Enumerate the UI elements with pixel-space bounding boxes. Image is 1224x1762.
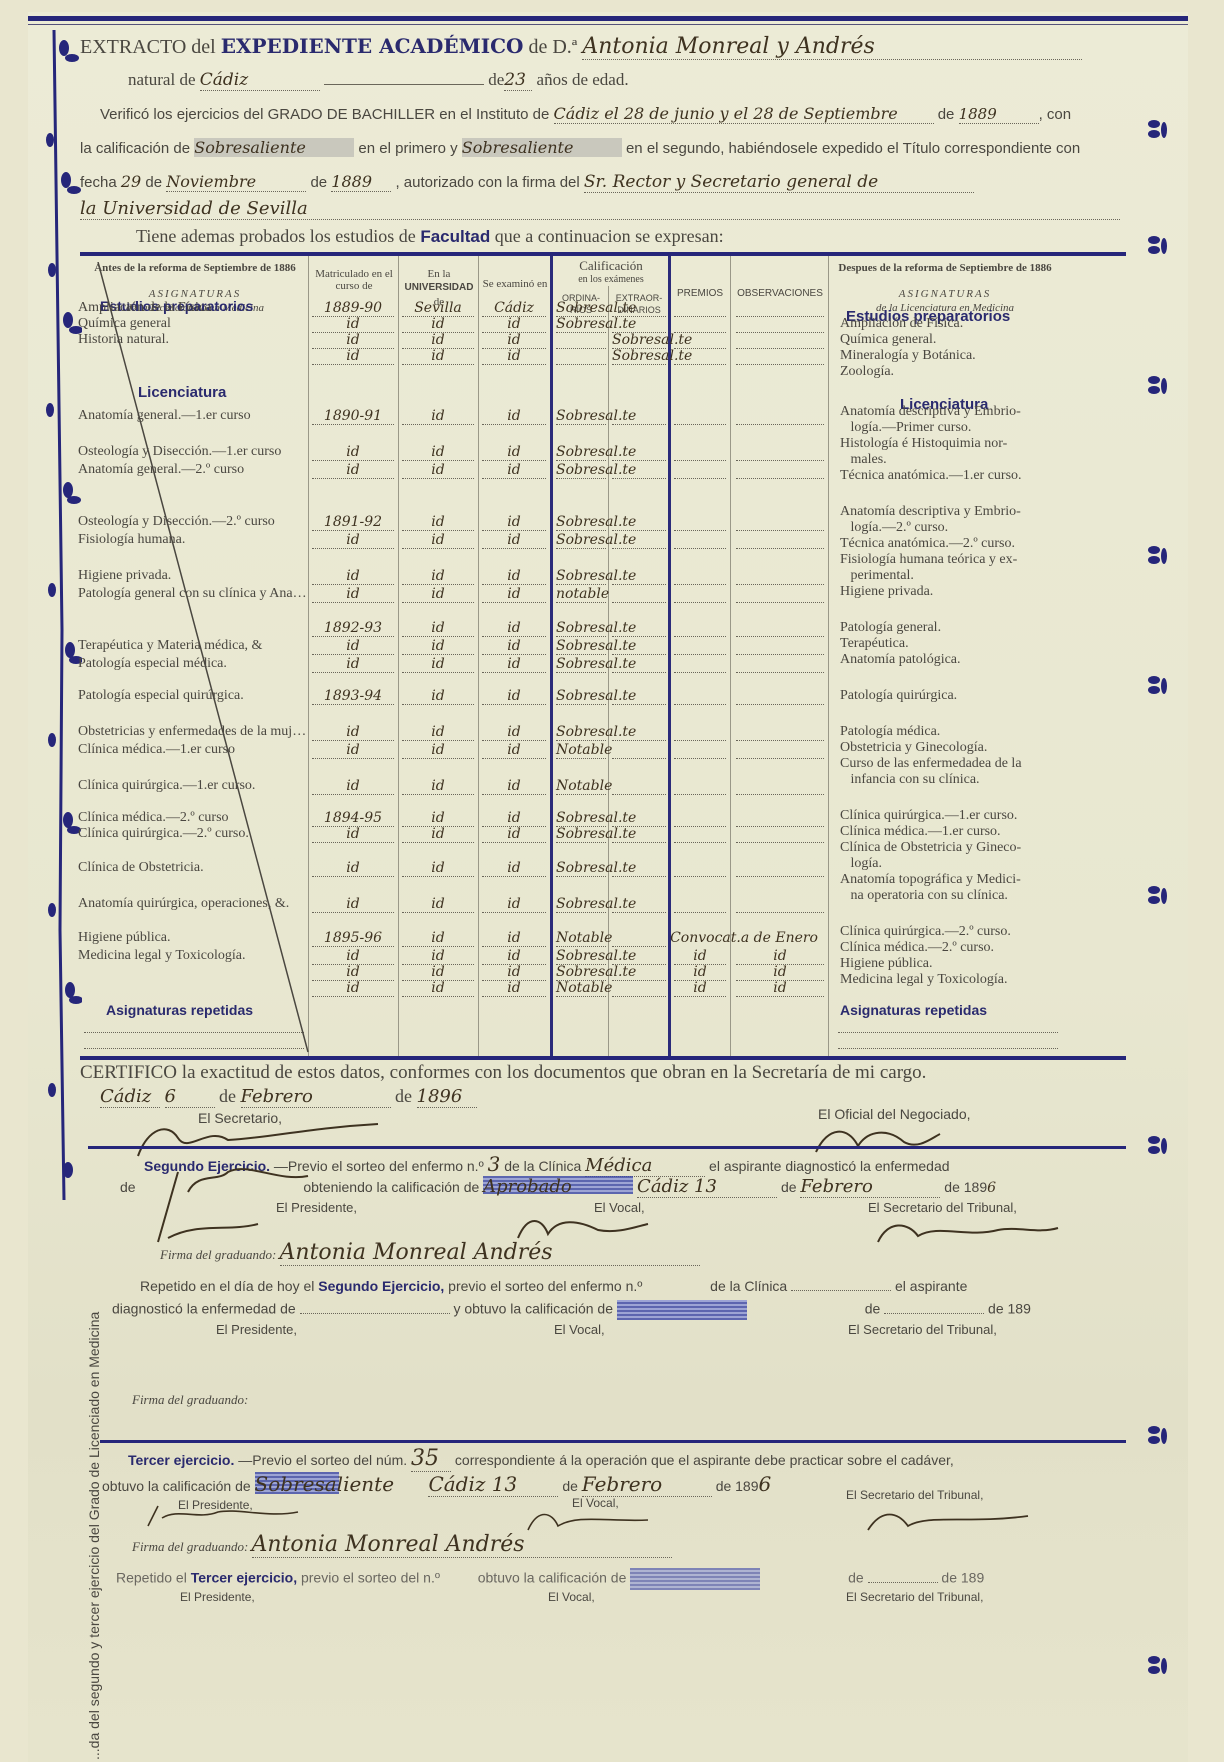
- fecha-month: Noviembre: [166, 172, 306, 192]
- cell-universidad: id: [402, 444, 474, 461]
- segundo-calificacion-wrap: Aprobado: [483, 1176, 633, 1197]
- stamp-mark: [617, 1300, 747, 1320]
- cell-observaciones: [736, 860, 824, 877]
- subject-right: infancia con su clínica.: [840, 772, 980, 788]
- cell-universidad: id: [402, 810, 474, 827]
- subject-right: Curso de las enfermedadea de la: [840, 756, 1022, 772]
- header-observaciones: OBSERVACIONES: [732, 288, 828, 300]
- cell-universidad: id: [402, 778, 474, 795]
- subject-right: logía.—Primer curso.: [840, 420, 971, 436]
- autorizado-by-2: la Universidad de Sevilla: [80, 198, 1120, 220]
- cell-examino: id: [482, 826, 546, 843]
- subject-right: na operatoria con su clínica.: [840, 888, 1008, 904]
- cell-ordinario: [556, 348, 606, 365]
- fecha-label: fecha: [80, 174, 117, 191]
- top-rule-thin: [28, 24, 1188, 25]
- cell-observaciones: [736, 724, 824, 741]
- autorizado-label: , autorizado con la firma del: [395, 174, 579, 191]
- segundo-year-label: de 189: [944, 1179, 987, 1195]
- blank-line: [838, 1032, 1058, 1033]
- blank-line: [838, 1048, 1058, 1049]
- segundo-rep-vocal: El Vocal,: [554, 1322, 605, 1337]
- tercero-calificacion-wrap: Sobresaliente: [255, 1472, 425, 1496]
- cell-universidad: id: [402, 688, 474, 705]
- segundo-rep-line-1: Repetido en el día de hoy el Segundo Eje…: [140, 1278, 967, 1294]
- cell-examino: id: [482, 948, 546, 965]
- subject-right: Clínica quirúrgica.—1.er curso.: [840, 808, 1017, 824]
- cell-observaciones: [736, 514, 824, 531]
- tercero-rep-presidente: El Presidente,: [180, 1590, 255, 1604]
- cell-premios: id: [674, 980, 726, 997]
- subject-right: Higiene privada.: [840, 584, 933, 600]
- cell-universidad: id: [402, 332, 474, 349]
- tercero-calificacion: Sobresaliente: [255, 1472, 395, 1496]
- cert-month: Febrero: [241, 1086, 391, 1108]
- certificate-date: Cádiz 6 de Febrero de 1896: [100, 1086, 477, 1108]
- segundo-clinica: Médica: [585, 1155, 705, 1177]
- segundo-rep-secretario: El Secretario del Tribunal,: [848, 1322, 997, 1337]
- subject-right: males.: [840, 452, 887, 468]
- subject-right: Anatomía patológica.: [840, 652, 961, 668]
- subject-right: Técnica anatómica.—2.º curso.: [840, 536, 1015, 552]
- tercero-text-3: obtuvo la calificación de: [102, 1478, 251, 1494]
- cell-observaciones: [736, 688, 824, 705]
- subject-right: Higiene pública.: [840, 956, 933, 972]
- cell-premios: [674, 300, 726, 317]
- tercero-rep-text-3: obtuvo la calificación de: [478, 1570, 627, 1586]
- subject-right: Química general.: [840, 332, 936, 348]
- cell-examino: id: [482, 810, 546, 827]
- cell-extraordinario: [612, 742, 666, 759]
- cell-premios: [674, 532, 726, 549]
- cell-ordinario: Sobresal.te: [556, 462, 606, 479]
- top-rule: [28, 16, 1188, 21]
- header-universidad-1: En la: [400, 268, 478, 280]
- cell-premios: [674, 444, 726, 461]
- strike-line: [88, 262, 328, 1062]
- segundo-rep-text-1: Repetido en el día de hoy el: [140, 1278, 314, 1294]
- calificacion-label: la calificación de: [80, 140, 190, 157]
- calificacion-line: la calificación de Sobresaliente en el p…: [80, 138, 1080, 157]
- bachiller-con: , con: [1039, 106, 1072, 123]
- cell-observaciones: [736, 348, 824, 365]
- tercero-num: 35: [411, 1446, 451, 1472]
- segundo-de: de: [120, 1179, 136, 1195]
- cell-examino: Cádiz: [482, 300, 546, 317]
- segundo-label: en el segundo, habiéndosele expedido el …: [626, 140, 1080, 157]
- cell-extraordinario: [612, 724, 666, 741]
- tercero-line-2: obtuvo la calificación de Sobresaliente …: [102, 1472, 771, 1497]
- cell-premios: [674, 408, 726, 425]
- cell-premios: [674, 826, 726, 843]
- bachiller-place: Cádiz el 28 de junio y el 28 de Septiemb…: [554, 104, 934, 124]
- cell-ordinario: Sobresal.te: [556, 964, 606, 981]
- cell-extraordinario: [612, 964, 666, 981]
- cell-ordinario: Sobresal.te: [556, 656, 606, 673]
- tercero-year-label: de 189: [716, 1478, 759, 1494]
- subject-right: Técnica anatómica.—1.er curso.: [840, 468, 1022, 484]
- subject-right: Clínica de Obstetricia y Gineco-: [840, 840, 1021, 856]
- tercero-rep-de189: de 189: [941, 1570, 984, 1586]
- cell-examino: id: [482, 620, 546, 637]
- subject-right: Patología médica.: [840, 724, 940, 740]
- cell-premios: [674, 638, 726, 655]
- cell-universidad: Sevilla: [402, 300, 474, 317]
- tercero-rep-bold: Tercer ejercicio,: [191, 1570, 297, 1586]
- table-top-rule: [80, 252, 1126, 256]
- subject-right: Clínica médica.—1.er curso.: [840, 824, 1001, 840]
- cell-extraordinario: [612, 896, 666, 913]
- signature-tercero-secretario: [858, 1502, 1038, 1538]
- cell-examino: id: [482, 778, 546, 795]
- cell-observaciones: [736, 316, 824, 333]
- leaf-icon: [1146, 672, 1170, 698]
- cell-examino: id: [482, 742, 546, 759]
- cell-observaciones: [736, 620, 824, 637]
- cell-extraordinario: [612, 948, 666, 965]
- natural-line: natural de Cádiz de23 años de edad.: [128, 70, 629, 91]
- cell-premios: id: [674, 948, 726, 965]
- subject-right: Anatomía descriptiva y Embrio-: [840, 504, 1021, 520]
- cell-universidad: id: [402, 896, 474, 913]
- margin-vertical-text: ...da del segundo y tercer ejercicio del…: [86, 1312, 102, 1760]
- fecha-year: 1889: [331, 172, 391, 192]
- document-page: EXTRACTO del EXPEDIENTE ACADÉMICO de D.ª…: [28, 12, 1188, 1762]
- cell-examino: id: [482, 860, 546, 877]
- cell-examino: id: [482, 316, 546, 333]
- leaf-icon: [1146, 372, 1170, 398]
- natural-label: natural de: [128, 70, 196, 89]
- cell-ordinario: Sobresal.te: [556, 724, 606, 741]
- cell-extraordinario: [612, 688, 666, 705]
- cell-examino: id: [482, 514, 546, 531]
- cell-extraordinario: [612, 586, 666, 603]
- cell-ordinario: Sobresal.te: [556, 860, 606, 877]
- cell-observaciones: [736, 656, 824, 673]
- cell-examino: id: [482, 332, 546, 349]
- cell-ordinario: Sobresal.te: [556, 948, 606, 965]
- cell-premios: Convocat.a de Enero: [628, 930, 818, 946]
- cell-premios: [674, 316, 726, 333]
- cell-observaciones: [736, 332, 824, 349]
- cell-universidad: id: [402, 462, 474, 479]
- cell-extraordinario: [612, 620, 666, 637]
- header-despues: Despues de la reforma de Septiembre de 1…: [832, 262, 1058, 274]
- cell-ordinario: Sobresal.te: [556, 568, 606, 585]
- cell-examino: id: [482, 896, 546, 913]
- cell-examino: id: [482, 532, 546, 549]
- facultad-bold: Facultad: [420, 227, 490, 246]
- cell-observaciones: [736, 896, 824, 913]
- cell-examino: id: [482, 462, 546, 479]
- cell-premios: [674, 514, 726, 531]
- title-de: de D.ª: [528, 36, 577, 58]
- bachiller-prefix: Verificó los ejercicios del GRADO DE BAC…: [100, 106, 549, 123]
- cell-ordinario: Sobresal.te: [556, 514, 606, 531]
- col-divider-bold: [550, 256, 553, 1056]
- cell-observaciones: [736, 462, 824, 479]
- cell-premios: [674, 742, 726, 759]
- cell-premios: [674, 860, 726, 877]
- segundo-rep-presidente: El Presidente,: [216, 1322, 297, 1337]
- cell-observaciones: id: [736, 948, 824, 965]
- subject-right: Ampliación de Física.: [840, 316, 963, 332]
- cell-ordinario: Sobresal.te: [556, 810, 606, 827]
- subject-right: Patología quirúrgica.: [840, 688, 957, 704]
- grade-first: Sobresaliente: [194, 138, 354, 157]
- cell-ordinario: Notable: [556, 930, 606, 947]
- cell-universidad: id: [402, 930, 474, 947]
- subject-right: Histología é Histoquimia nor-: [840, 436, 1007, 452]
- cell-ordinario: Notable: [556, 778, 606, 795]
- subject-right: perimental.: [840, 568, 914, 584]
- cell-ordinario: Sobresal.te: [556, 638, 606, 655]
- leaf-icon: [1146, 1132, 1170, 1158]
- cert-de: de: [219, 1086, 236, 1106]
- cell-examino: id: [482, 444, 546, 461]
- tercero-secretario: El Secretario del Tribunal,: [846, 1488, 983, 1502]
- facultad-prefix: Tiene ademas probados los estudios de: [136, 226, 416, 246]
- cell-extraordinario: [612, 300, 666, 317]
- subject-right: Anatomía topográfica y Medici-: [840, 872, 1021, 888]
- col-divider: [398, 256, 399, 1056]
- segundo-rep-text-5: diagnosticó la enfermedad de: [112, 1301, 296, 1317]
- cell-premios: [674, 688, 726, 705]
- segundo-text-3: el aspirante diagnosticó la enfermedad: [709, 1158, 950, 1174]
- segundo-month: Febrero: [800, 1176, 940, 1198]
- cell-premios: [674, 810, 726, 827]
- subject-right: Obstetricia y Ginecología.: [840, 740, 987, 756]
- blank-line: [791, 1290, 891, 1291]
- subject-right: logía.: [840, 856, 882, 872]
- bachiller-line: Verificó los ejercicios del GRADO DE BAC…: [100, 104, 1071, 124]
- cell-ordinario: Sobresal.te: [556, 532, 606, 549]
- tercero-rep-text-2: previo el sorteo del n.º: [301, 1570, 440, 1586]
- grade-second: Sobresaliente: [462, 138, 622, 157]
- subject-right: Terapéutica.: [840, 636, 909, 652]
- cell-observaciones: [736, 778, 824, 795]
- blank-line: [884, 1313, 984, 1314]
- cell-universidad: id: [402, 316, 474, 333]
- header-en-los-examenes: en los exámenes: [554, 274, 668, 286]
- cell-extraordinario: [612, 532, 666, 549]
- tercero-month: Febrero: [582, 1472, 712, 1497]
- cell-observaciones: [736, 826, 824, 843]
- header-examino: Se examinó en: [480, 278, 550, 290]
- facultad-suffix: que a continuacion se expresan:: [495, 226, 724, 246]
- header-calificacion: Calificación: [554, 260, 668, 272]
- cell-observaciones: [736, 638, 824, 655]
- subject-right: Zoología.: [840, 364, 894, 380]
- age: 23: [504, 70, 532, 91]
- signature-tercero-presidente: [138, 1498, 318, 1534]
- cell-examino: id: [482, 656, 546, 673]
- cell-observaciones: [736, 300, 824, 317]
- cell-universidad: id: [402, 948, 474, 965]
- segundo-rep-text-3: de la Clínica: [710, 1278, 787, 1294]
- subject-right: Clínica médica.—2.º curso.: [840, 940, 994, 956]
- certifico: CERTIFICO: [80, 1062, 177, 1083]
- cell-observaciones: id: [736, 980, 824, 997]
- title-prefix: EXTRACTO del: [80, 36, 216, 58]
- cell-premios: [674, 778, 726, 795]
- tercero-rep-line: Repetido el Tercer ejercicio, previo el …: [116, 1568, 984, 1590]
- segundo-rep-line-2: diagnosticó la enfermedad de y obtuvo la…: [112, 1300, 1031, 1320]
- cell-ordinario: notable: [556, 586, 606, 603]
- age-suffix: años de edad.: [537, 70, 629, 89]
- cell-premios: id: [674, 964, 726, 981]
- cell-observaciones: [736, 586, 824, 603]
- signature-secretario-tribunal: [868, 1212, 1068, 1252]
- tercero-firma-line: Firma del graduando: Antonia Monreal And…: [132, 1532, 672, 1558]
- tercero-rep-secretario: El Secretario del Tribunal,: [846, 1590, 983, 1604]
- cell-ordinario: Sobresal.te: [556, 688, 606, 705]
- cell-extraordinario: Sobresal.te: [612, 332, 666, 349]
- cell-examino: id: [482, 980, 546, 997]
- segundo-firma-label: Firma del graduando:: [160, 1247, 276, 1262]
- cell-examino: id: [482, 348, 546, 365]
- facultad-line: Tiene ademas probados los estudios de Fa…: [136, 226, 724, 247]
- segundo-rule: [88, 1146, 1126, 1149]
- cell-premios: [674, 586, 726, 603]
- cell-extraordinario: [612, 810, 666, 827]
- blank-line: [324, 84, 484, 85]
- tercero-place-date: Cádiz 13: [428, 1472, 558, 1497]
- cell-extraordinario: [612, 444, 666, 461]
- segundo-rep-text-6: y obtuvo la calificación de: [453, 1301, 613, 1317]
- cell-universidad: id: [402, 408, 474, 425]
- cell-extraordinario: [612, 656, 666, 673]
- certificate-line: CERTIFICO la exactitud de estos datos, c…: [80, 1062, 926, 1084]
- cert-place: Cádiz: [100, 1086, 160, 1108]
- cell-universidad: id: [402, 656, 474, 673]
- cell-extraordinario: [612, 408, 666, 425]
- student-name: Antonia Monreal y Andrés: [582, 34, 1082, 60]
- cell-ordinario: [556, 332, 606, 349]
- leaf-icon: [1146, 882, 1170, 908]
- segundo-text-2: de la Clínica: [504, 1158, 581, 1174]
- cert-day: 6: [165, 1086, 215, 1108]
- cell-universidad: id: [402, 586, 474, 603]
- birthplace: Cádiz: [200, 70, 320, 91]
- cell-premios: [674, 724, 726, 741]
- cert-year-label: de: [395, 1086, 412, 1106]
- segundo-place-date: Cádiz 13: [637, 1176, 777, 1198]
- primero-label: en el primero y: [358, 140, 457, 157]
- segundo-calificacion: Aprobado: [483, 1176, 572, 1197]
- cell-premios: [674, 620, 726, 637]
- cell-observaciones: [736, 568, 824, 585]
- cell-ordinario: Sobresal.te: [556, 896, 606, 913]
- subject-right: Medicina legal y Toxicología.: [840, 972, 1008, 988]
- certificate-text: la exactitud de estos datos, conformes c…: [182, 1062, 927, 1083]
- tercero-rule: [100, 1440, 1126, 1443]
- cell-premios: [674, 656, 726, 673]
- leaf-icon: [1146, 542, 1170, 568]
- cell-extraordinario: [612, 980, 666, 997]
- col-divider: [828, 256, 829, 1056]
- leaf-icon: [1146, 232, 1170, 258]
- cell-universidad: id: [402, 532, 474, 549]
- subject-right: Anatomía descriptiva y Embrio-: [840, 404, 1021, 420]
- header-asignaturas-right: ASIGNATURAS: [832, 288, 1058, 300]
- cell-universidad: id: [402, 826, 474, 843]
- cell-extraordinario: Sobresal.te: [612, 348, 666, 365]
- cell-ordinario: Sobresal.te: [556, 408, 606, 425]
- segundo-year-digit: 6: [987, 1180, 996, 1196]
- blank-line: [868, 1582, 938, 1583]
- cert-year: 1896: [417, 1086, 477, 1108]
- cell-universidad: id: [402, 980, 474, 997]
- header-premios: PREMIOS: [671, 288, 729, 300]
- cell-observaciones: [736, 532, 824, 549]
- cell-extraordinario: [612, 826, 666, 843]
- segundo-de2: de: [781, 1179, 797, 1195]
- cell-ordinario: Sobresal.te: [556, 826, 606, 843]
- cell-universidad: id: [402, 964, 474, 981]
- cell-universidad: id: [402, 742, 474, 759]
- segundo-rep-text-2: previo el sorteo del enfermo n.º: [448, 1278, 642, 1294]
- cell-universidad: id: [402, 348, 474, 365]
- cell-ordinario: Sobresal.te: [556, 316, 606, 333]
- cell-examino: id: [482, 638, 546, 655]
- cell-extraordinario: [612, 638, 666, 655]
- cell-examino: id: [482, 408, 546, 425]
- segundo-firma-line: Firma del graduando: Antonia Monreal And…: [160, 1240, 700, 1266]
- cell-premios: [674, 332, 726, 349]
- tercero-de: de: [562, 1478, 578, 1494]
- signature-presidente: [138, 1152, 338, 1252]
- subject-right: logía.—2.º curso.: [840, 520, 948, 536]
- cell-observaciones: id: [736, 964, 824, 981]
- fecha-de: de: [145, 174, 162, 191]
- cell-ordinario: Notable: [556, 980, 606, 997]
- title-line: EXTRACTO del EXPEDIENTE ACADÉMICO de D.ª…: [80, 34, 1082, 60]
- cell-examino: id: [482, 964, 546, 981]
- tercero-text-2: correspondiente á la operación que el as…: [455, 1452, 954, 1468]
- segundo-rep-bold: Segundo Ejercicio,: [318, 1278, 444, 1294]
- stamp-mark: [630, 1568, 760, 1590]
- cell-ordinario: Sobresal.te: [556, 444, 606, 461]
- tercero-title: Tercer ejercicio.: [128, 1452, 234, 1468]
- cell-ordinario: Sobresal.te: [556, 620, 606, 637]
- cell-universidad: id: [402, 860, 474, 877]
- segundo-rep-de189: de 189: [988, 1301, 1031, 1317]
- tercero-rep-text-1: Repetido el: [116, 1570, 187, 1586]
- segundo-rep-de: de: [865, 1301, 881, 1317]
- cell-extraordinario: [612, 514, 666, 531]
- cell-universidad: id: [402, 724, 474, 741]
- tercero-text-1: —Previo el sorteo del núm.: [238, 1452, 407, 1468]
- segundo-rep-text-4: el aspirante: [895, 1278, 967, 1294]
- bachiller-year: 1889: [959, 105, 1039, 124]
- cell-examino: id: [482, 568, 546, 585]
- cell-observaciones: [736, 444, 824, 461]
- cell-premios: [674, 462, 726, 479]
- tercero-graduando-sig: Antonia Monreal Andrés: [252, 1532, 672, 1558]
- autorizado-by: Sr. Rector y Secretario general de: [584, 172, 974, 193]
- tercero-year-digit: 6: [759, 1472, 772, 1496]
- cell-extraordinario: [612, 316, 666, 333]
- subject-right: Mineralogía y Botánica.: [840, 348, 976, 364]
- bachiller-year-label: de: [938, 106, 955, 123]
- cell-universidad: id: [402, 568, 474, 585]
- section-rep-right: Asignaturas repetidas: [840, 1002, 987, 1018]
- cell-premios: [674, 348, 726, 365]
- cell-examino: id: [482, 688, 546, 705]
- col-divider: [478, 256, 479, 1056]
- cell-premios: [674, 896, 726, 913]
